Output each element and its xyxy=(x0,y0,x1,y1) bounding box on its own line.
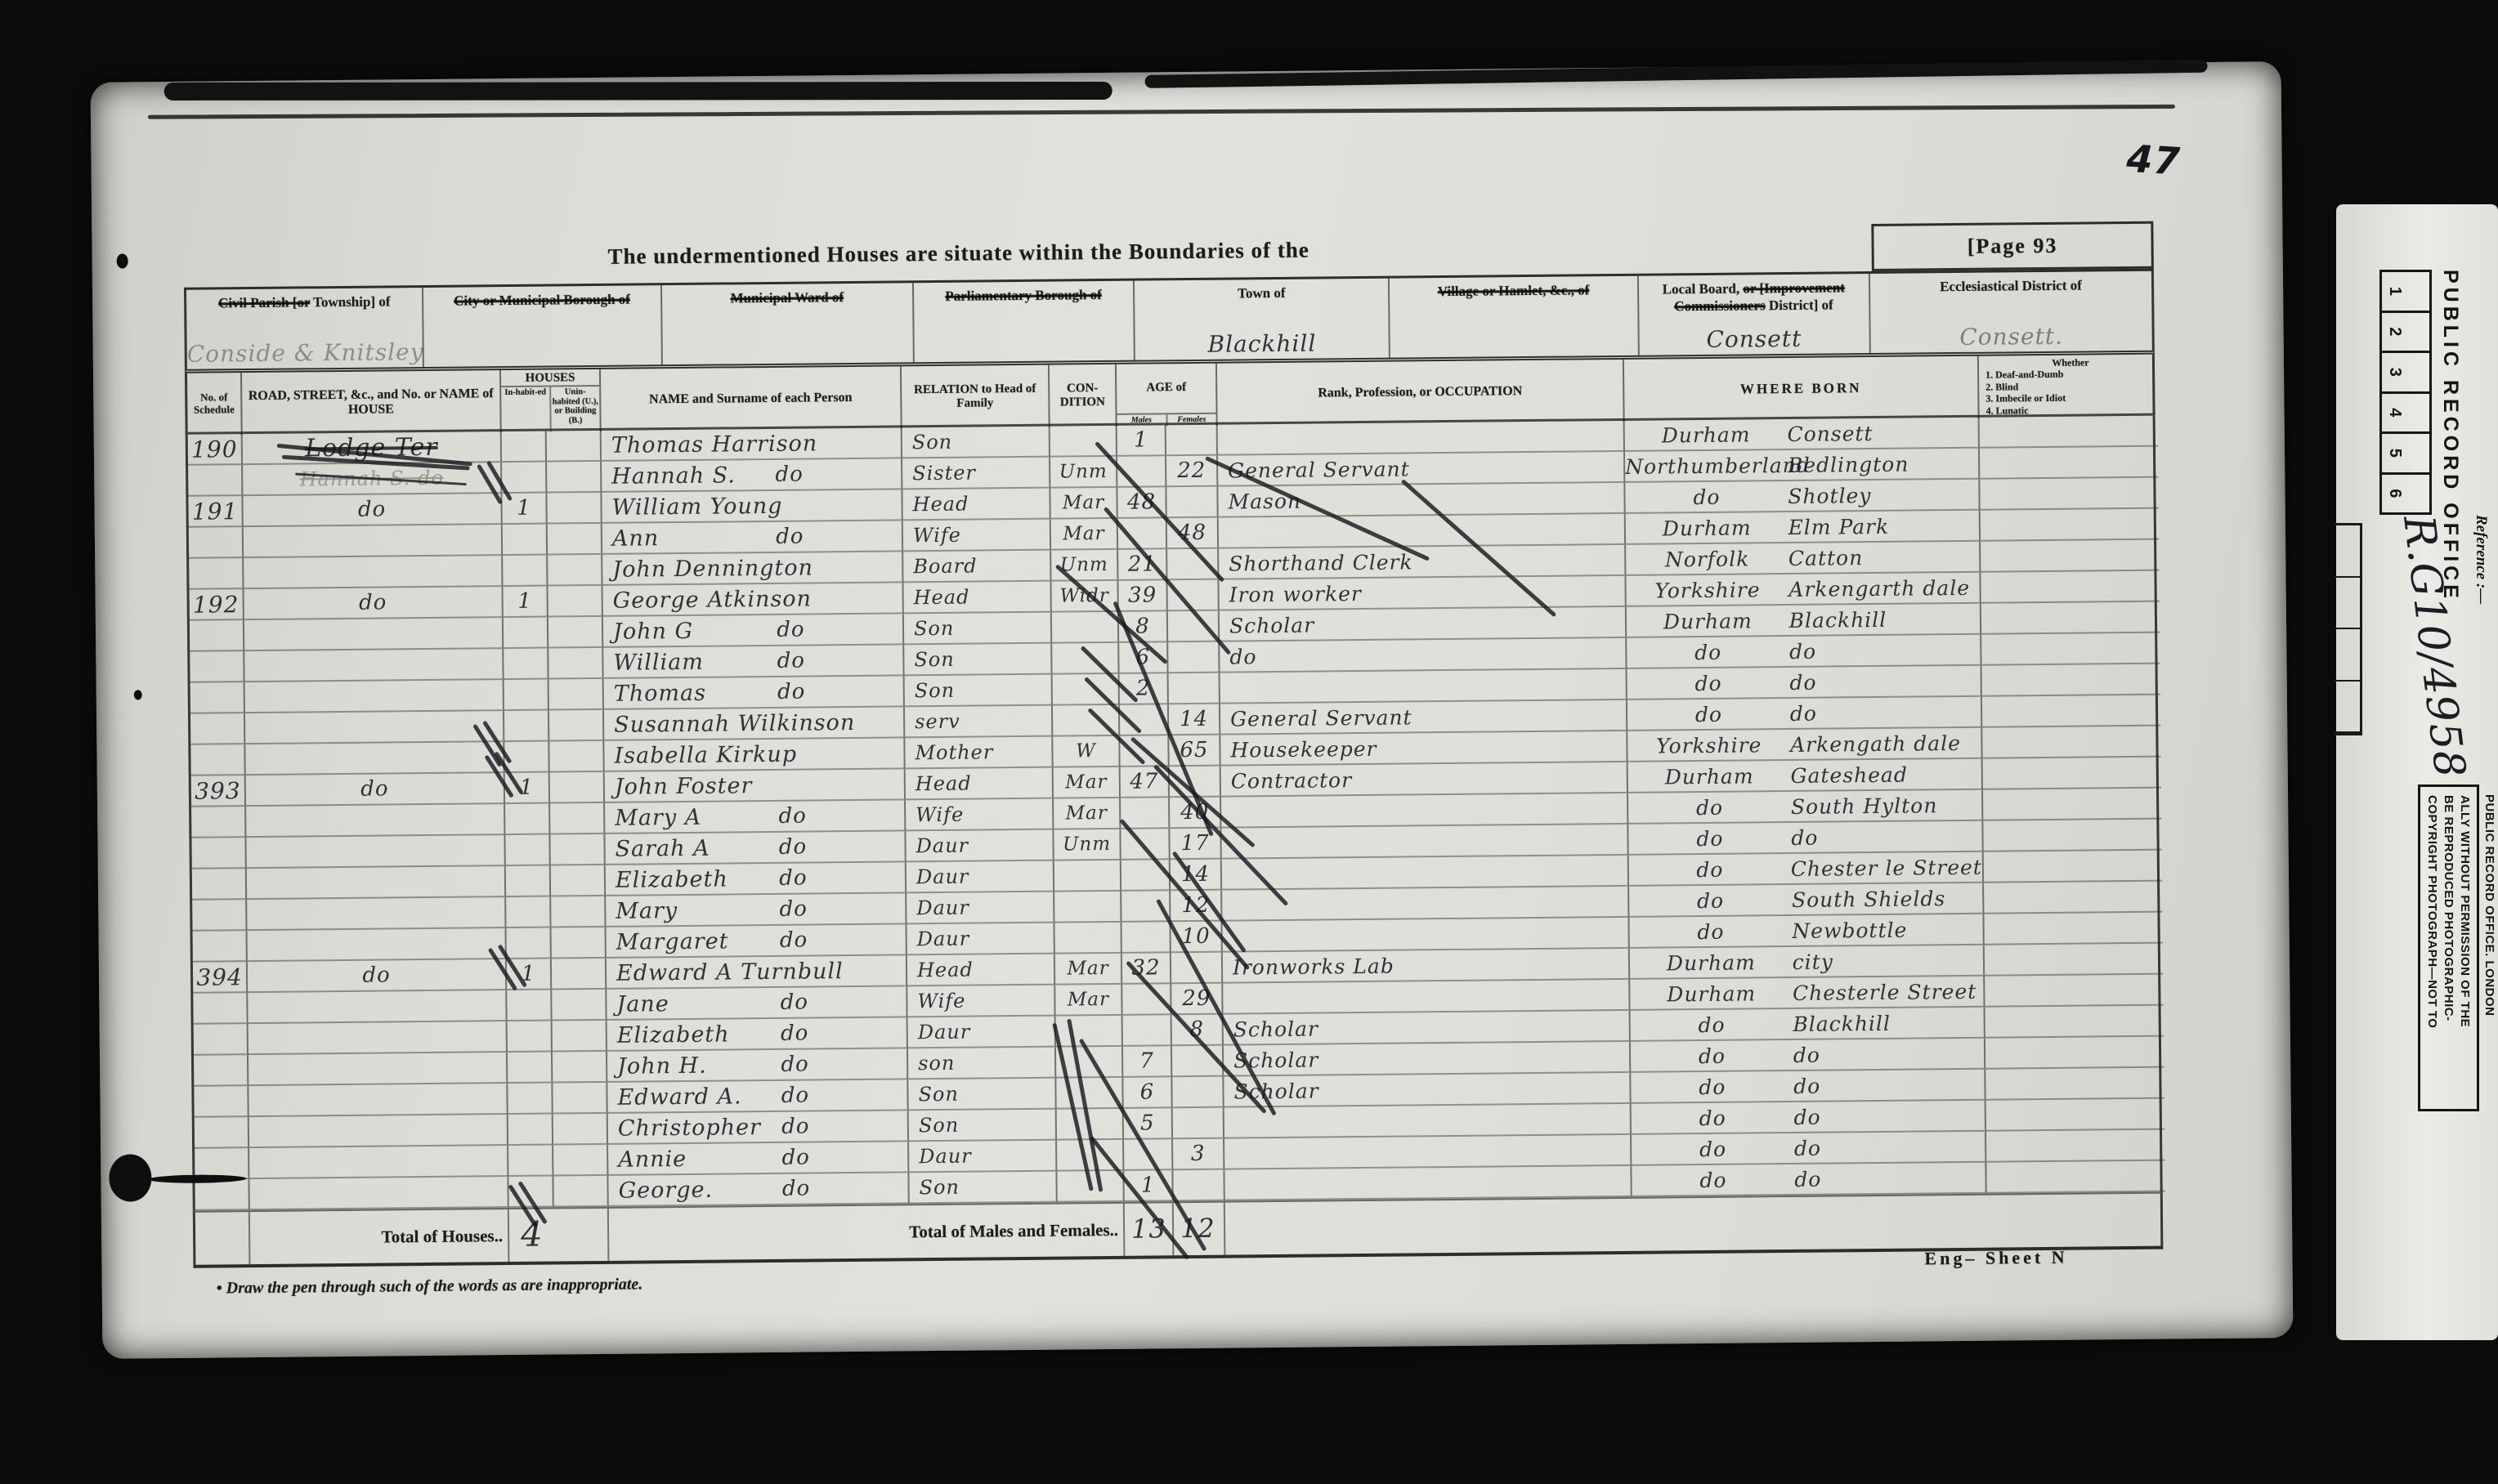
header-field-label: Civil Parish [or Township] of xyxy=(186,293,422,312)
col-head-uninhabited: Unin-habited (U.), or Building (B.) xyxy=(551,387,600,431)
cell-uninhabited xyxy=(552,959,607,990)
cell-occupation xyxy=(1223,980,1630,1015)
cell-schedule xyxy=(190,620,244,652)
page-title: The undermentioned Houses are situate wi… xyxy=(305,235,1613,272)
cell-inhabited xyxy=(507,928,552,960)
cell-schedule xyxy=(194,1055,248,1087)
col-head-born: WHERE BORN xyxy=(1624,356,1980,422)
cell-relation: Daur xyxy=(908,1017,1056,1049)
cell-uninhabited xyxy=(553,1145,608,1177)
cell-inhabited xyxy=(505,835,550,867)
cell-condition: Unm xyxy=(1051,550,1118,582)
copyright-line: BE REPRODUCED PHOTOGRAPHIC- xyxy=(2442,795,2455,1101)
cell-occupation xyxy=(1222,856,1629,891)
ruler-number: 5 xyxy=(2382,434,2429,475)
cell-name: John Gdo xyxy=(603,614,904,648)
total-males-females-label: Total of Males and Females.. xyxy=(609,1204,1126,1261)
cell-name: Anniedo xyxy=(608,1142,909,1176)
pro-office-title: PUBLIC RECORD OFFICE xyxy=(2438,270,2462,515)
cell-road xyxy=(244,525,503,558)
houses-label: HOUSES xyxy=(526,369,575,386)
cell-disabilities xyxy=(1984,851,2162,883)
cell-uninhabited xyxy=(550,834,605,866)
cell-occupation xyxy=(1221,793,1628,829)
cell-relation: Wife xyxy=(907,986,1055,1018)
cell-schedule: 191 xyxy=(188,496,243,528)
cell-name: Hannah S.do xyxy=(602,458,902,493)
total-houses-value: 4 xyxy=(509,1209,610,1262)
copyright-line: ALLY WITHOUT PERMISSION OF THE xyxy=(2458,795,2472,1101)
cell-schedule xyxy=(193,993,248,1025)
cell-occupation: Iron worker xyxy=(1219,576,1626,611)
cell-name: John Foster xyxy=(605,769,906,803)
ruler-number: 6 xyxy=(2382,475,2429,513)
cell-uninhabited xyxy=(553,1021,607,1053)
cell-road xyxy=(248,1053,508,1086)
cell-age-male: 6 xyxy=(1123,1077,1172,1109)
cell-schedule: 394 xyxy=(193,962,248,994)
header-field-label: Town of xyxy=(1135,284,1388,303)
cell-schedule: 190 xyxy=(188,434,243,466)
cell-name: Christopherdo xyxy=(608,1111,909,1145)
cell-condition: Mar xyxy=(1055,954,1122,986)
col-head-condition: CON- DITION xyxy=(1050,364,1117,427)
cell-occupation: Scholar xyxy=(1220,607,1627,642)
cell-schedule: 192 xyxy=(190,589,244,621)
scanned-census-photograph: 47 The undermentioned Houses are situate… xyxy=(0,0,2498,1484)
cell-inhabited xyxy=(506,866,551,898)
header-field-5: Village or Hamlet, &c., of xyxy=(1390,276,1639,358)
cell-born: dodo xyxy=(1627,697,1982,731)
cell-age-male: 1 xyxy=(1117,425,1166,457)
cell-occupation: do xyxy=(1220,638,1627,673)
cell-inhabited xyxy=(504,649,548,681)
cell-condition: Mar xyxy=(1055,985,1122,1017)
cell-disabilities xyxy=(1981,540,2159,573)
cell-schedule xyxy=(191,838,246,869)
cell-relation: son xyxy=(908,1048,1056,1080)
cell-disabilities xyxy=(1981,571,2159,604)
cell-inhabited xyxy=(508,1084,553,1115)
ink-blot xyxy=(134,690,142,700)
cell-born: DurhamGateshead xyxy=(1628,759,1983,793)
cell-occupation: Contractor xyxy=(1221,762,1628,798)
cell-road xyxy=(245,711,504,744)
cell-occupation xyxy=(1220,669,1627,704)
cell-road xyxy=(249,1115,508,1148)
cell-relation: Son xyxy=(905,675,1053,708)
total-houses-label: Total of Houses.. xyxy=(250,1209,510,1264)
cell-age-female xyxy=(1167,580,1219,612)
cell-inhabited xyxy=(505,804,550,836)
header-field-3: Parliamentary Borough of xyxy=(914,281,1135,363)
cell-inhabited xyxy=(507,990,552,1022)
copyright-line: PUBLIC RECORD OFFICE. LONDON xyxy=(2482,784,2496,1111)
cell-relation: Son xyxy=(908,1079,1056,1111)
ruler-number: 3 xyxy=(2382,353,2429,394)
pro-reference: Reference :— R.G10/4958 xyxy=(2336,515,2496,784)
cell-uninhabited xyxy=(549,679,604,711)
cell-disabilities xyxy=(1982,726,2160,759)
cell-road xyxy=(247,866,506,900)
cell-schedule xyxy=(195,1179,249,1211)
cell-born: dodo xyxy=(1628,821,1983,856)
cell-road xyxy=(244,649,504,682)
cell-name: Margaretdo xyxy=(607,924,907,959)
header-field-label: Ecclesiastical District of xyxy=(1870,276,2151,297)
cell-born: DurhamConsett xyxy=(1625,418,1980,452)
cell-name: Thomas Harrison xyxy=(602,427,902,462)
cell-schedule xyxy=(194,1024,248,1056)
col-head-road: ROAD, STREET, &c., and No. or NAME of HO… xyxy=(242,370,502,435)
cell-uninhabited xyxy=(548,617,603,649)
cell-occupation xyxy=(1219,514,1626,549)
cell-occupation: Scholar xyxy=(1224,1073,1631,1108)
copyright-box: ALLY WITHOUT PERMISSION OF THEBE REPRODU… xyxy=(2418,784,2479,1111)
cell-road: do xyxy=(248,959,507,993)
cell-occupation xyxy=(1224,1166,1632,1201)
cell-disabilities xyxy=(1986,1130,2164,1163)
cell-inhabited: 1 xyxy=(504,587,548,619)
cell-occupation xyxy=(1218,421,1625,456)
cell-disabilities xyxy=(1986,1099,2164,1132)
cell-schedule xyxy=(190,682,245,714)
cell-road xyxy=(249,1177,508,1210)
cell-relation: Son xyxy=(909,1172,1057,1205)
cell-occupation xyxy=(1224,1135,1632,1170)
cell-condition xyxy=(1052,612,1119,644)
cell-road xyxy=(248,990,507,1024)
header-field-label: City or Municipal Borough of xyxy=(423,290,660,310)
ruler-number: 4 xyxy=(2382,394,2429,435)
cell-age-female xyxy=(1172,1077,1224,1109)
cell-schedule xyxy=(192,900,247,932)
cell-uninhabited xyxy=(551,896,606,928)
cell-uninhabited xyxy=(553,1114,608,1146)
cell-born: DurhamElm Park xyxy=(1626,511,1981,545)
pro-strip-content: PUBLIC RECORD OFFICE 123456 Reference :—… xyxy=(2336,270,2496,1291)
cell-relation: Board xyxy=(903,551,1051,583)
cell-disabilities xyxy=(1986,1161,2164,1194)
cell-name: Thomasdo xyxy=(604,676,905,710)
totals-blank xyxy=(1225,1199,1633,1255)
cell-disabilities xyxy=(1983,758,2161,790)
header-field-label: Parliamentary Borough of xyxy=(914,286,1134,306)
ink-blot xyxy=(109,1154,152,1201)
cell-road xyxy=(248,1084,508,1117)
cell-relation: Son xyxy=(902,427,1050,459)
cell-born: dodo xyxy=(1627,666,1982,700)
cell-uninhabited xyxy=(553,1176,608,1208)
cell-schedule xyxy=(189,558,244,590)
cell-inhabited xyxy=(508,1115,553,1147)
cell-born: doBlackhill xyxy=(1631,1008,1985,1042)
cell-condition xyxy=(1056,1016,1123,1048)
cell-name: Elizabethdo xyxy=(607,1017,908,1052)
header-field-2: Municipal Ward of xyxy=(662,283,915,364)
cell-schedule xyxy=(190,713,245,745)
header-field-value: Consett. xyxy=(1870,322,2151,351)
cell-disabilities xyxy=(1984,913,2162,945)
col-head-age: AGE of Males Females xyxy=(1117,364,1218,427)
cell-disabilities xyxy=(1983,789,2161,821)
cell-road xyxy=(245,680,504,713)
cell-schedule xyxy=(191,807,246,838)
cell-road xyxy=(249,1146,508,1179)
cell-name: Elizabethdo xyxy=(606,862,907,896)
pro-copyright: PUBLIC RECORD OFFICE. LONDONALLY WITHOUT… xyxy=(2336,784,2496,1111)
cell-born: YorkshireArkengarth dale xyxy=(1626,573,1981,607)
cell-relation: Head xyxy=(902,489,1050,521)
cell-age-female xyxy=(1166,487,1218,519)
cell-schedule xyxy=(190,744,245,776)
cell-name: George.do xyxy=(608,1173,909,1207)
pro-reference-value: R.G10/4958 xyxy=(2393,513,2475,787)
cell-relation: Daur xyxy=(906,830,1054,863)
cell-disabilities xyxy=(1980,447,2158,480)
cell-uninhabited xyxy=(548,524,602,556)
cell-relation: serv xyxy=(905,706,1053,739)
cell-uninhabited xyxy=(548,555,602,587)
cell-born: YorkshireArkengath dale xyxy=(1627,728,1982,762)
cell-inhabited xyxy=(503,556,548,588)
cell-uninhabited xyxy=(549,741,604,773)
cell-born: NorthumberlandBedlington xyxy=(1625,449,1980,483)
pro-ruler: 123456 xyxy=(2379,270,2432,515)
cell-uninhabited xyxy=(552,927,607,959)
page-edge-line xyxy=(148,105,2175,119)
cell-age-female xyxy=(1169,673,1220,705)
cell-uninhabited xyxy=(550,803,605,835)
cell-condition: Unm xyxy=(1054,829,1121,861)
cell-relation: Daur xyxy=(909,1141,1057,1173)
cell-uninhabited xyxy=(549,710,604,742)
cell-occupation: Scholar xyxy=(1224,1011,1631,1046)
cell-age-female xyxy=(1173,1108,1224,1140)
cell-uninhabited xyxy=(548,648,603,680)
cell-occupation xyxy=(1221,825,1628,860)
header-field-6: Local Board, or [Improvement Commissione… xyxy=(1639,274,1871,355)
cell-born: dodo xyxy=(1632,1163,1986,1197)
cell-relation: Daur xyxy=(907,892,1054,925)
cell-schedule xyxy=(193,931,248,963)
cell-condition xyxy=(1054,892,1121,923)
cell-born: dodo xyxy=(1631,1070,1985,1104)
cell-road xyxy=(248,1021,508,1055)
cell-schedule xyxy=(188,465,243,497)
col-head-schedule: No. of Schedule xyxy=(187,373,243,436)
cell-born: dodo xyxy=(1632,1132,1986,1166)
cell-relation: Wife xyxy=(903,520,1051,552)
cell-inhabited xyxy=(504,680,549,712)
cell-road xyxy=(248,928,507,962)
cell-relation: Head xyxy=(906,768,1054,801)
cell-schedule xyxy=(195,1117,249,1149)
cell-condition: Mar xyxy=(1054,767,1121,799)
cell-road xyxy=(245,742,504,776)
cell-name: Sarah Ado xyxy=(605,831,906,865)
cell-disabilities xyxy=(1980,478,2158,511)
cell-relation: Son xyxy=(904,613,1052,646)
ruler-number: 1 xyxy=(2382,272,2429,313)
cell-relation: Wife xyxy=(906,799,1054,832)
cell-name: George Atkinson xyxy=(603,583,904,617)
header-field-label: Village or Hamlet, &c., of xyxy=(1390,281,1636,301)
cell-disabilities xyxy=(1985,1037,2164,1070)
header-field-value: Blackhill xyxy=(1135,329,1390,359)
cell-name: Janedo xyxy=(607,986,907,1021)
cell-disabilities xyxy=(1985,975,2163,1008)
header-field-label: Municipal Ward of xyxy=(662,288,912,307)
cell-born: doSouth Shields xyxy=(1629,883,1984,918)
header-field-1: City or Municipal Borough of xyxy=(423,285,662,367)
cell-relation: Son xyxy=(904,644,1052,677)
cell-inhabited xyxy=(504,742,549,774)
cell-road: do xyxy=(243,494,502,527)
cell-inhabited xyxy=(504,711,549,743)
cell-age-male xyxy=(1121,922,1171,954)
cell-road: do xyxy=(246,773,505,807)
cell-uninhabited xyxy=(553,1083,607,1115)
totals-blank xyxy=(195,1212,251,1265)
header-field-0: Civil Parish [or Township] ofConside & K… xyxy=(186,288,424,369)
cell-age-female xyxy=(1166,425,1218,457)
cell-relation: Mother xyxy=(905,737,1053,770)
cell-born: NorfolkCatton xyxy=(1626,542,1981,576)
cell-inhabited xyxy=(506,897,551,929)
pro-reference-label: Reference :— xyxy=(2472,515,2490,784)
col-head-inhabited: In-habit-ed xyxy=(501,387,552,432)
cell-age-male xyxy=(1121,860,1171,892)
cell-name: Susannah Wilkinson xyxy=(604,707,905,741)
col-head-disabilities: Whether1. Deaf-and-Dumb2. Blind3. Imbeci… xyxy=(1979,355,2158,418)
ruler-number: 2 xyxy=(2382,313,2429,354)
cell-uninhabited xyxy=(547,462,602,494)
cell-age-female xyxy=(1168,642,1220,674)
cell-name: Edward A.do xyxy=(607,1079,908,1114)
cell-condition: Unm xyxy=(1050,457,1117,489)
header-field-4: Town ofBlackhill xyxy=(1135,279,1390,360)
cell-disabilities xyxy=(1981,509,2159,542)
cell-born: dodo xyxy=(1632,1101,1986,1135)
handwritten-folio-number: 47 xyxy=(2125,136,2182,184)
header-field-7: Ecclesiastical District ofConsett. xyxy=(1870,271,2152,353)
cell-inhabited xyxy=(504,618,548,650)
pro-header: PUBLIC RECORD OFFICE 123456 xyxy=(2336,270,2496,515)
cell-condition: Widr xyxy=(1051,581,1118,613)
cell-born: doSouth Hylton xyxy=(1628,790,1983,825)
ink-blot xyxy=(117,253,128,268)
cell-inhabited xyxy=(503,525,548,556)
header-field-value: Conside & Knitsley xyxy=(187,338,423,368)
copyright-line: COPYRIGHT PHOTOGRAPH—NOT TO xyxy=(2425,795,2439,1101)
cell-name: John H.do xyxy=(607,1048,908,1083)
cell-uninhabited xyxy=(547,431,602,463)
cell-age-female: 3 xyxy=(1173,1139,1224,1171)
cell-schedule: 393 xyxy=(191,776,246,807)
disabilities-line: 4. Lunatic xyxy=(1985,403,2156,416)
cell-name: William Young xyxy=(602,489,902,524)
totals-blank xyxy=(1632,1196,1988,1251)
cell-schedule xyxy=(190,651,244,683)
header-field-label: Local Board, or [Improvement Commissione… xyxy=(1639,279,1869,315)
cell-uninhabited xyxy=(550,772,605,804)
cell-born: doChester le Street xyxy=(1629,852,1984,887)
cell-age-male xyxy=(1121,829,1170,860)
cell-uninhabited xyxy=(547,493,602,525)
cell-schedule xyxy=(189,527,244,559)
cell-schedule xyxy=(192,869,247,901)
cell-disabilities xyxy=(1985,1068,2164,1101)
cell-age-male xyxy=(1123,1015,1172,1047)
cell-born: dodo xyxy=(1631,1039,1985,1073)
cell-condition xyxy=(1054,860,1121,892)
col-head-occupation: Rank, Profession, or OCCUPATION xyxy=(1217,360,1625,426)
cell-name: Mary Ado xyxy=(605,800,906,834)
cell-occupation: Ironworks Lab xyxy=(1223,949,1630,984)
cell-age-male: 39 xyxy=(1118,580,1167,612)
cell-disabilities xyxy=(1980,416,2158,449)
cell-inhabited xyxy=(508,1146,553,1178)
cell-name: Edward A Turnbull xyxy=(607,955,907,990)
cell-disabilities xyxy=(1984,882,2162,914)
cell-road xyxy=(246,835,505,869)
cell-name: Anndo xyxy=(602,521,903,555)
cell-inhabited xyxy=(508,1053,553,1084)
cell-condition xyxy=(1054,923,1121,954)
cell-disabilities xyxy=(1985,944,2163,977)
cell-inhabited xyxy=(502,463,547,494)
cell-name: Isabella Kirkup xyxy=(604,738,905,772)
page-edge-smear xyxy=(1145,60,2208,88)
cell-born: dodo xyxy=(1627,635,1981,669)
cell-disabilities xyxy=(1981,602,2160,635)
cell-road: do xyxy=(244,587,504,620)
cell-age-male: 7 xyxy=(1123,1046,1172,1078)
cell-occupation xyxy=(1222,918,1629,953)
cell-road xyxy=(244,618,504,651)
cell-road xyxy=(247,897,506,931)
cell-born: DurhamChesterle Street xyxy=(1630,977,1985,1011)
totals-blank xyxy=(1987,1194,2166,1248)
cell-road xyxy=(246,804,505,838)
cell-uninhabited xyxy=(553,1052,607,1084)
cell-disabilities xyxy=(1982,695,2160,728)
cell-schedule xyxy=(194,1086,248,1118)
cell-occupation xyxy=(1224,1104,1632,1139)
cell-relation: Daur xyxy=(907,861,1054,894)
cell-inhabited xyxy=(508,1021,553,1053)
cell-condition: W xyxy=(1053,736,1120,768)
cell-disabilities xyxy=(1982,664,2160,697)
cell-occupation: Shorthand Clerk xyxy=(1219,545,1626,580)
col-head-relation: RELATION to Head of Family xyxy=(902,365,1050,429)
cell-relation: Son xyxy=(909,1110,1057,1142)
cell-road xyxy=(244,556,503,589)
cell-born: Durhamcity xyxy=(1630,945,1985,980)
cell-disabilities xyxy=(1981,633,2160,666)
age-label: AGE of xyxy=(1146,364,1186,413)
cell-relation: Sister xyxy=(902,458,1050,490)
cell-uninhabited xyxy=(548,586,603,618)
col-head-houses: HOUSES In-habit-ed Unin-habited (U.), or… xyxy=(501,369,602,432)
cell-occupation: Scholar xyxy=(1224,1042,1631,1077)
col-head-name: NAME and Surname of each Person xyxy=(601,366,902,431)
header-field-value: Consett xyxy=(1639,324,1869,354)
cell-uninhabited xyxy=(552,990,607,1021)
cell-born: DurhamBlackhill xyxy=(1627,604,1981,638)
census-page: 47 The undermentioned Houses are situate… xyxy=(91,61,2294,1359)
